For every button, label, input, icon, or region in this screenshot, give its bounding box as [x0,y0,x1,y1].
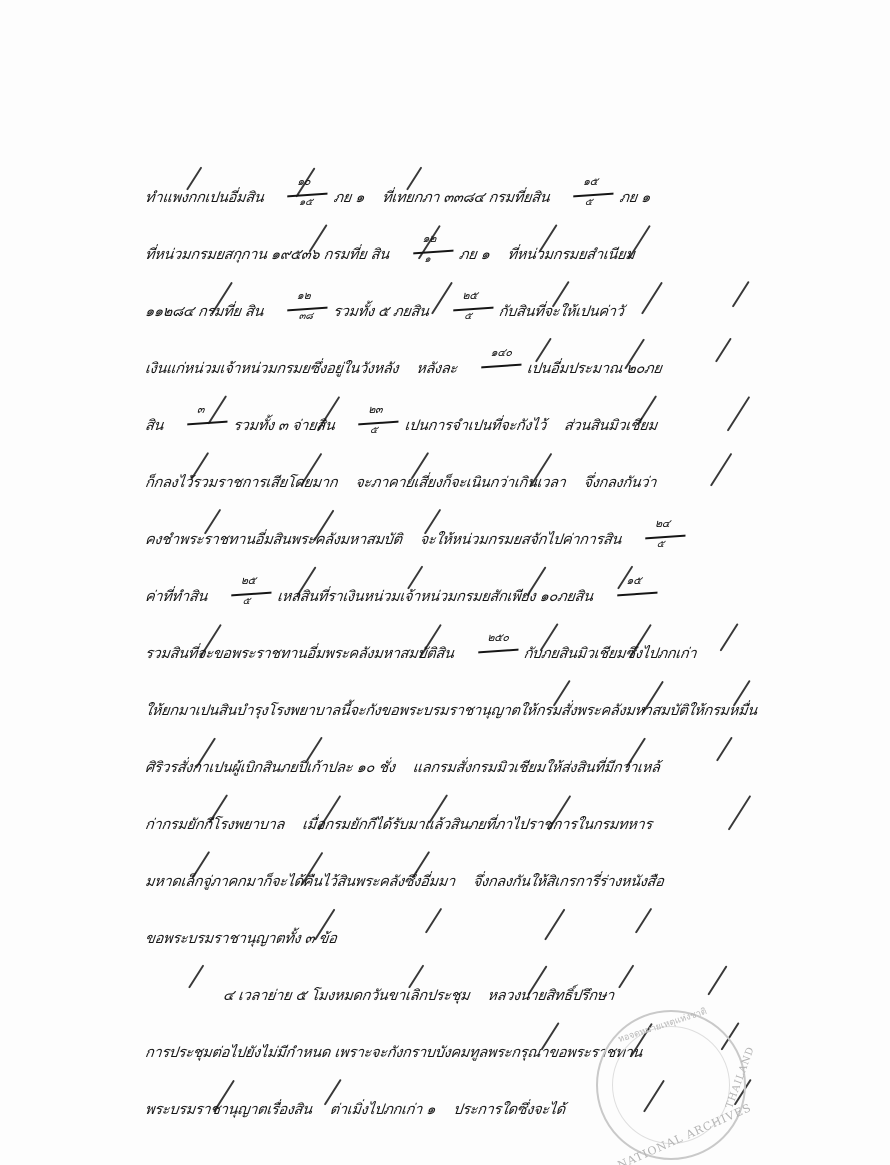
currency-fraction-notation: ๒๕๕ [452,302,494,322]
fraction-denominator: ๕ [656,539,664,550]
currency-fraction-notation: ๑๒๑ [412,245,454,265]
manuscript-line: ขอพระบรมราชานุญาตทั้ง ๓ ข้อ [142,911,768,968]
fraction-denominator: ๑๕ [298,197,312,208]
manuscript-line: ๑๑๒๘๔ กรมที่ย สิน๑๒๓๘รวมทั้ง ๕ ภยสิน๒๕๕ก… [142,284,768,341]
manuscript-text-segment: ที่หน่วมกรมยสกุกาน ๑๙๕๓๖ กรมที่ย สิน [142,227,392,284]
manuscript-text-segment: จะภาคายเสี่ยงก็จะเนินกว่าเกินเวลา [352,455,568,512]
handwriting-stroke [716,737,733,762]
fraction-numerator: ๑๒ [296,290,311,302]
manuscript-line: ศิริวรสั่งกาเปนผู้เบิกสินภยปีเก้าปละ ๑๐ … [142,740,768,797]
fraction-numerator: ๒๕๐ [487,632,510,644]
handwriting-stroke [431,282,453,315]
currency-fraction-notation: ๑๒๓๘ [286,302,328,322]
scanned-document-page: ทำแพงกกเปนอี่มสิน๑๐๑๕ภย ๑ที่เทยกภา ๓๓๘๔ … [0,0,890,1165]
handwriting-stroke [707,965,727,995]
currency-fraction-notation: ๑๕๕ [572,188,614,208]
manuscript-text-segment: หลังละ [413,341,460,398]
fraction-bar [645,535,685,539]
manuscript-text-segment: ก็กลงไว้รวมราชการเสียโดยมาก [142,455,340,512]
manuscript-text-segment: ๑๑๒๘๔ กรมที่ย สิน [142,284,266,341]
manuscript-line: ทำแพงกกเปนอี่มสิน๑๐๑๕ภย ๑ที่เทยกภา ๓๓๘๔ … [142,170,768,227]
fraction-numerator: ๒๔ [654,518,670,530]
manuscript-line: ให้ยกมาเปนสินบำรุงโรงพยาบาลนี้จะกังขอพระ… [142,683,768,740]
national-archives-stamp: หอจดหมายเหตุแห่งชาติ THAILAND NATIONAL A… [596,1010,746,1160]
handwriting-stroke [188,965,204,989]
manuscript-text-segment: ภย ๑ [456,227,493,284]
manuscript-line: ก่ากรมยักกีโรงพยาบาลเมื่อกรมยักกีได้รับม… [142,797,768,854]
fraction-bar [413,250,453,254]
handwriting-stroke [732,281,750,308]
handwriting-stroke [641,282,663,315]
manuscript-text-segment: รวมสินที่จะขอพระราชทานอี่มพระคลังมหาสมบั… [142,626,457,683]
currency-fraction-notation: ๑๐๑๕ [286,188,328,208]
fraction-bar [359,421,399,425]
currency-fraction-notation: ๓ [186,416,228,436]
fraction-numerator: ๑๔๐ [490,347,512,359]
manuscript-text-segment: เงินแก่หน่วมเจ้าหน่วมกรมยซึ่งอยู่ในวังหล… [142,341,401,398]
handwriting-stroke [710,453,732,487]
manuscript-text-segment: สิน [142,398,166,455]
fraction-numerator: ๒๓ [368,404,383,416]
fraction-bar [453,307,493,311]
currency-fraction-notation: ๑๔๐ [480,359,522,379]
currency-fraction-notation: ๒๕๐ [477,644,519,664]
manuscript-text-segment: จะให้หน่วมกรมยสจักไปค่าการสิน [417,512,624,569]
fraction-bar [574,193,614,197]
manuscript-text-segment: รวมทั้ง ๕ ภยสิน [330,284,432,341]
manuscript-text-segment: ที่เทยกภา ๓๓๘๔ กรมที่ยสิน [379,170,552,227]
fraction-bar [231,592,271,596]
manuscript-text-segment: ก่ากรมยักกีโรงพยาบาล [142,797,287,854]
manuscript-line: เงินแก่หน่วมเจ้าหน่วมกรมยซึ่งอยู่ในวังหล… [142,341,768,398]
manuscript-text-segment: ให้ยกมาเปนสินบำรุงโรงพยาบาลนี้จะกังขอพระ… [142,683,760,740]
manuscript-text-segment: ภย ๑ [330,170,367,227]
fraction-bar [481,364,521,368]
manuscript-line: คงชำพระราชทานอี่มสินพระคลังมหาสมบัติจะให… [142,512,768,569]
currency-fraction-notation: ๑๕ [616,587,658,607]
manuscript-text-segment: ๔ เวลาย่าย ๕ โมงหมดกวันขาเลิกประชุม [220,968,472,1025]
manuscript-line: รวมสินที่จะขอพระราชทานอี่มพระคลังมหาสมบั… [142,626,768,683]
manuscript-line: ค่าที่ทำสิน๒๕๕เหลสินที่ราเงินหน่วมเจ้าหน… [142,569,768,626]
manuscript-text-segment: กับภยสินมิวเชียมซึ่งไปภกเก่า [521,626,700,683]
fraction-numerator: ๒๕ [462,290,478,302]
manuscript-text-segment: ขอพระบรมราชานุญาตทั้ง ๓ ข้อ [142,911,340,968]
fraction-numerator: ๓ [196,404,204,416]
currency-fraction-notation: ๒๕๕ [230,587,272,607]
manuscript-text-segment: ต่าเมิ่งไปภกเก่า ๑ [327,1082,438,1139]
manuscript-text-segment: คงชำพระราชทานอี่มสินพระคลังมหาสมบัติ [142,512,405,569]
manuscript-text-segment: ภย ๑ [616,170,653,227]
manuscript-text-segment: ค่าที่ทำสิน [142,569,210,626]
handwriting-stroke [727,396,751,431]
handwritten-text-body: ทำแพงกกเปนอี่มสิน๑๐๑๕ภย ๑ที่เทยกภา ๓๓๘๔ … [142,170,762,1139]
fraction-bar [617,592,657,596]
manuscript-text-segment: แลกรมสั่งกรมมิวเชียมให้ส่งสินที่มีกว่าเห… [410,740,663,797]
handwriting-stroke [618,965,634,989]
manuscript-text-segment: จึ่งกลงกันให้สิเกรการี่ร่างหนังสือ [470,854,667,911]
manuscript-text-segment: หลวงนายสิทธิ์ปรึกษา [484,968,616,1025]
currency-fraction-notation: ๒๔๕ [644,530,686,550]
fraction-denominator: ๕ [464,311,472,322]
manuscript-text-segment: ศิริวรสั่งกาเปนผู้เบิกสินภยปีเก้าปละ ๑๐ … [142,740,398,797]
manuscript-text-segment: ส่วนสินมิวเชียม [561,398,660,455]
fraction-denominator: ๓๘ [298,311,313,322]
manuscript-text-segment: เหลสินที่ราเงินหน่วมเจ้าหน่วมกรมยสักเพีย… [274,569,596,626]
manuscript-line: ก็กลงไว้รวมราชการเสียโดยมากจะภาคายเสี่ยง… [142,455,768,512]
manuscript-line: มหาดเล็กจู่ภาคกมาก็จะได้คืนไว้สินพระคลัง… [142,854,768,911]
handwriting-stroke [720,623,739,651]
manuscript-line: สิน๓รวมทั้ง ๓ จ่ายสิน๒๓๕เปนการจำเปนที่จะ… [142,398,768,455]
manuscript-text-segment: เปนอี่มประมาณ ๒๐ภย [524,341,665,398]
handwriting-stroke [425,908,442,934]
handwriting-stroke [728,795,752,830]
manuscript-text-segment: ประการใดซึ่งจะได้ [450,1082,568,1139]
handwriting-stroke [715,338,732,363]
manuscript-text-segment: ที่หน่วมกรมยสำเนียม [504,227,637,284]
manuscript-text-segment: จึ่งกลงกันว่า [581,455,660,512]
manuscript-line: ที่หน่วมกรมยสกุกาน ๑๙๕๓๖ กรมที่ย สิน๑๒๑ภ… [142,227,768,284]
manuscript-text-segment: ทำแพงกกเปนอี่มสิน [142,170,266,227]
fraction-denominator: ๑ [424,254,431,265]
manuscript-text-segment: เปนการจำเปนที่จะกังไว้ [401,398,549,455]
fraction-numerator: ๒๕ [240,575,256,587]
fraction-numerator: ๑๕ [626,575,642,587]
fraction-numerator: ๑๕ [582,176,598,188]
fraction-denominator: ๕ [369,425,377,436]
fraction-denominator: ๕ [584,197,592,208]
fraction-denominator: ๕ [242,596,250,607]
manuscript-text-segment: การประชุมต่อไปยังไม่มีกำหนด เพราะจะกังกร… [142,1025,645,1082]
manuscript-text-segment: เมื่อกรมยักกีได้รับมาแล้วสินภยที่ภาไปราช… [299,797,655,854]
handwriting-stroke [635,908,652,934]
fraction-bar [478,649,518,653]
manuscript-text-segment: มหาดเล็กจู่ภาคกมาก็จะได้คืนไว้สินพระคลัง… [142,854,458,911]
handwriting-stroke [544,909,565,941]
currency-fraction-notation: ๒๓๕ [357,416,399,436]
